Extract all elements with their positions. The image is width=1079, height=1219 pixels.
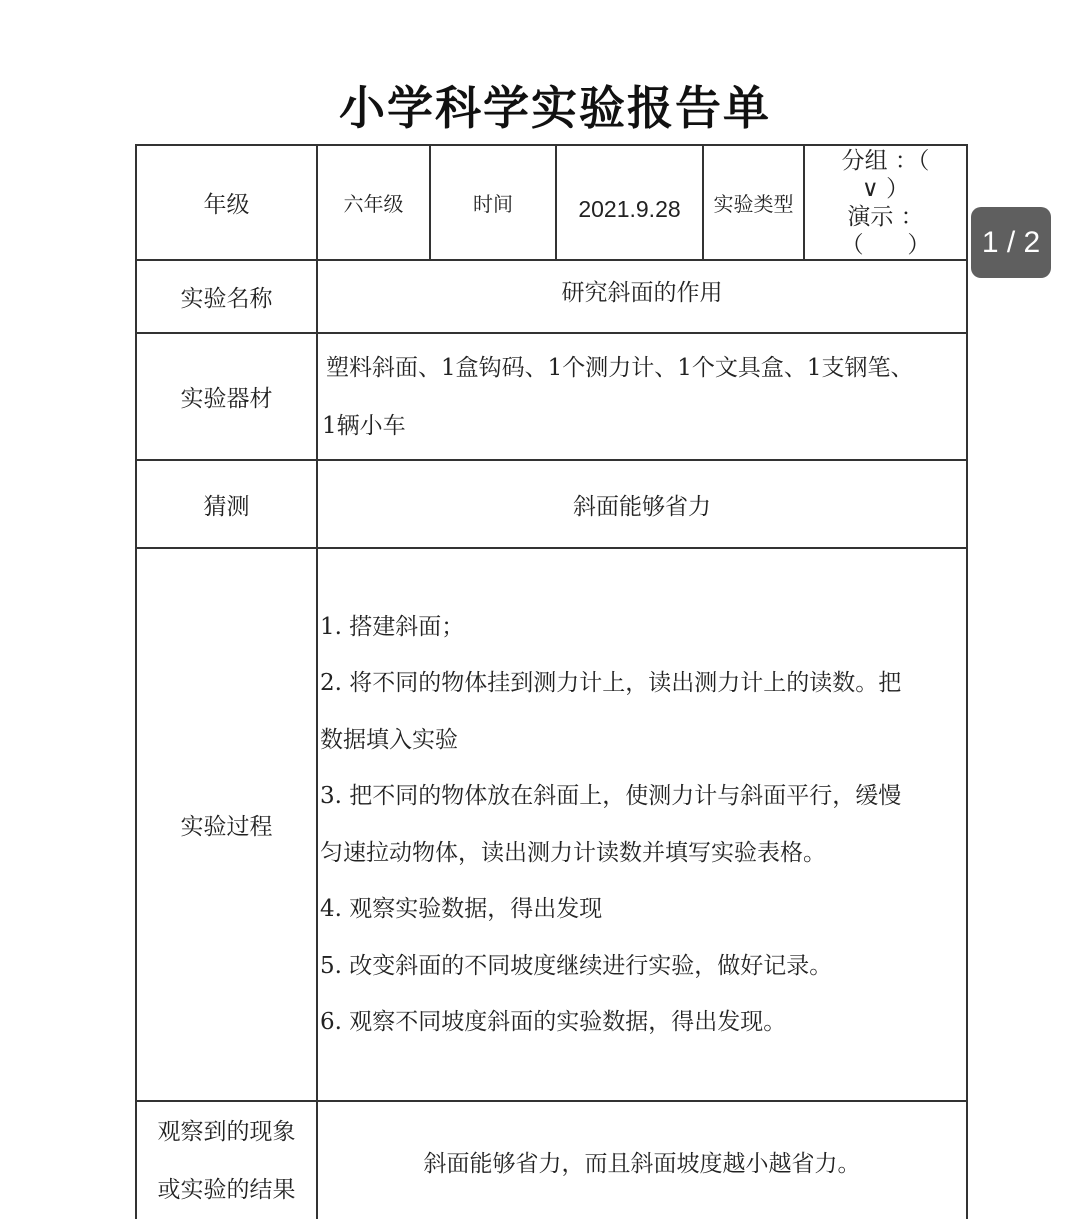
process-step: 2. 将不同的物体挂到测力计上，读出测力计上的读数。把 — [320, 655, 966, 712]
process-step: 5. 改变斜面的不同坡度继续进行实验，做好记录。 — [320, 938, 966, 995]
hypothesis-label: 猜测 — [136, 460, 317, 548]
materials-label: 实验器材 — [136, 333, 317, 460]
process-step: 3. 把不同的物体放在斜面上，使测力计与斜面平行，缓慢 — [320, 768, 966, 825]
hypothesis-value: 斜面能够省力 — [317, 460, 967, 548]
grade-label: 年级 — [136, 145, 317, 260]
name-row: 实验名称 研究斜面的作用 — [136, 260, 967, 333]
result-label-line: 或实验的结果 — [137, 1161, 316, 1219]
demo-check: （ ） — [805, 231, 966, 259]
demo-option: 演示 ： — [805, 203, 966, 231]
materials-row: 实验器材 塑料斜面、1盒钩码、1个测力计、1个文具盒、1支钢笔、 1辆小车 — [136, 333, 967, 460]
process-row: 实验过程 1. 搭建斜面； 2. 将不同的物体挂到测力计上，读出测力计上的读数。… — [136, 548, 967, 1101]
result-label-line: 观察到的现象 — [137, 1103, 316, 1161]
header-row: 年级 六年级 时间 2021.9.28 实验类型 分组 ：（ ∨ ） 演示 ： … — [136, 145, 967, 260]
name-label: 实验名称 — [136, 260, 317, 333]
materials-value: 塑料斜面、1盒钩码、1个测力计、1个文具盒、1支钢笔、 1辆小车 — [317, 333, 967, 460]
report-table: 年级 六年级 时间 2021.9.28 实验类型 分组 ：（ ∨ ） 演示 ： … — [135, 144, 968, 1219]
type-label: 实验类型 — [703, 145, 804, 260]
process-step: 1. 搭建斜面； — [320, 599, 966, 656]
materials-line: 塑料斜面、1盒钩码、1个测力计、1个文具盒、1支钢笔、 — [322, 339, 966, 397]
hypothesis-row: 猜测 斜面能够省力 — [136, 460, 967, 548]
grade-value: 六年级 — [317, 145, 430, 260]
time-value: 2021.9.28 — [556, 145, 703, 260]
process-step: 匀速拉动物体，读出测力计读数并填写实验表格。 — [320, 825, 966, 882]
process-label: 实验过程 — [136, 548, 317, 1101]
process-step: 数据填入实验 — [320, 712, 966, 769]
time-label: 时间 — [430, 145, 556, 260]
result-label: 观察到的现象 或实验的结果 — [136, 1101, 317, 1219]
process-step: 6. 观察不同坡度斜面的实验数据，得出发现。 — [320, 994, 966, 1051]
process-steps: 1. 搭建斜面； 2. 将不同的物体挂到测力计上，读出测力计上的读数。把 数据填… — [317, 548, 967, 1101]
process-step: 4. 观察实验数据，得出发现 — [320, 881, 966, 938]
result-row: 观察到的现象 或实验的结果 斜面能够省力，而且斜面坡度越小越省力。 — [136, 1101, 967, 1219]
result-value: 斜面能够省力，而且斜面坡度越小越省力。 — [317, 1101, 967, 1219]
document-title: 小学科学实验报告单 — [0, 72, 1079, 138]
materials-line: 1辆小车 — [322, 397, 966, 455]
group-check: ∨ ） — [805, 175, 966, 203]
group-option: 分组 ：（ — [805, 147, 966, 175]
type-options: 分组 ：（ ∨ ） 演示 ： （ ） — [804, 145, 967, 260]
page-indicator: 1 / 2 — [971, 207, 1051, 278]
name-value: 研究斜面的作用 — [317, 260, 967, 333]
